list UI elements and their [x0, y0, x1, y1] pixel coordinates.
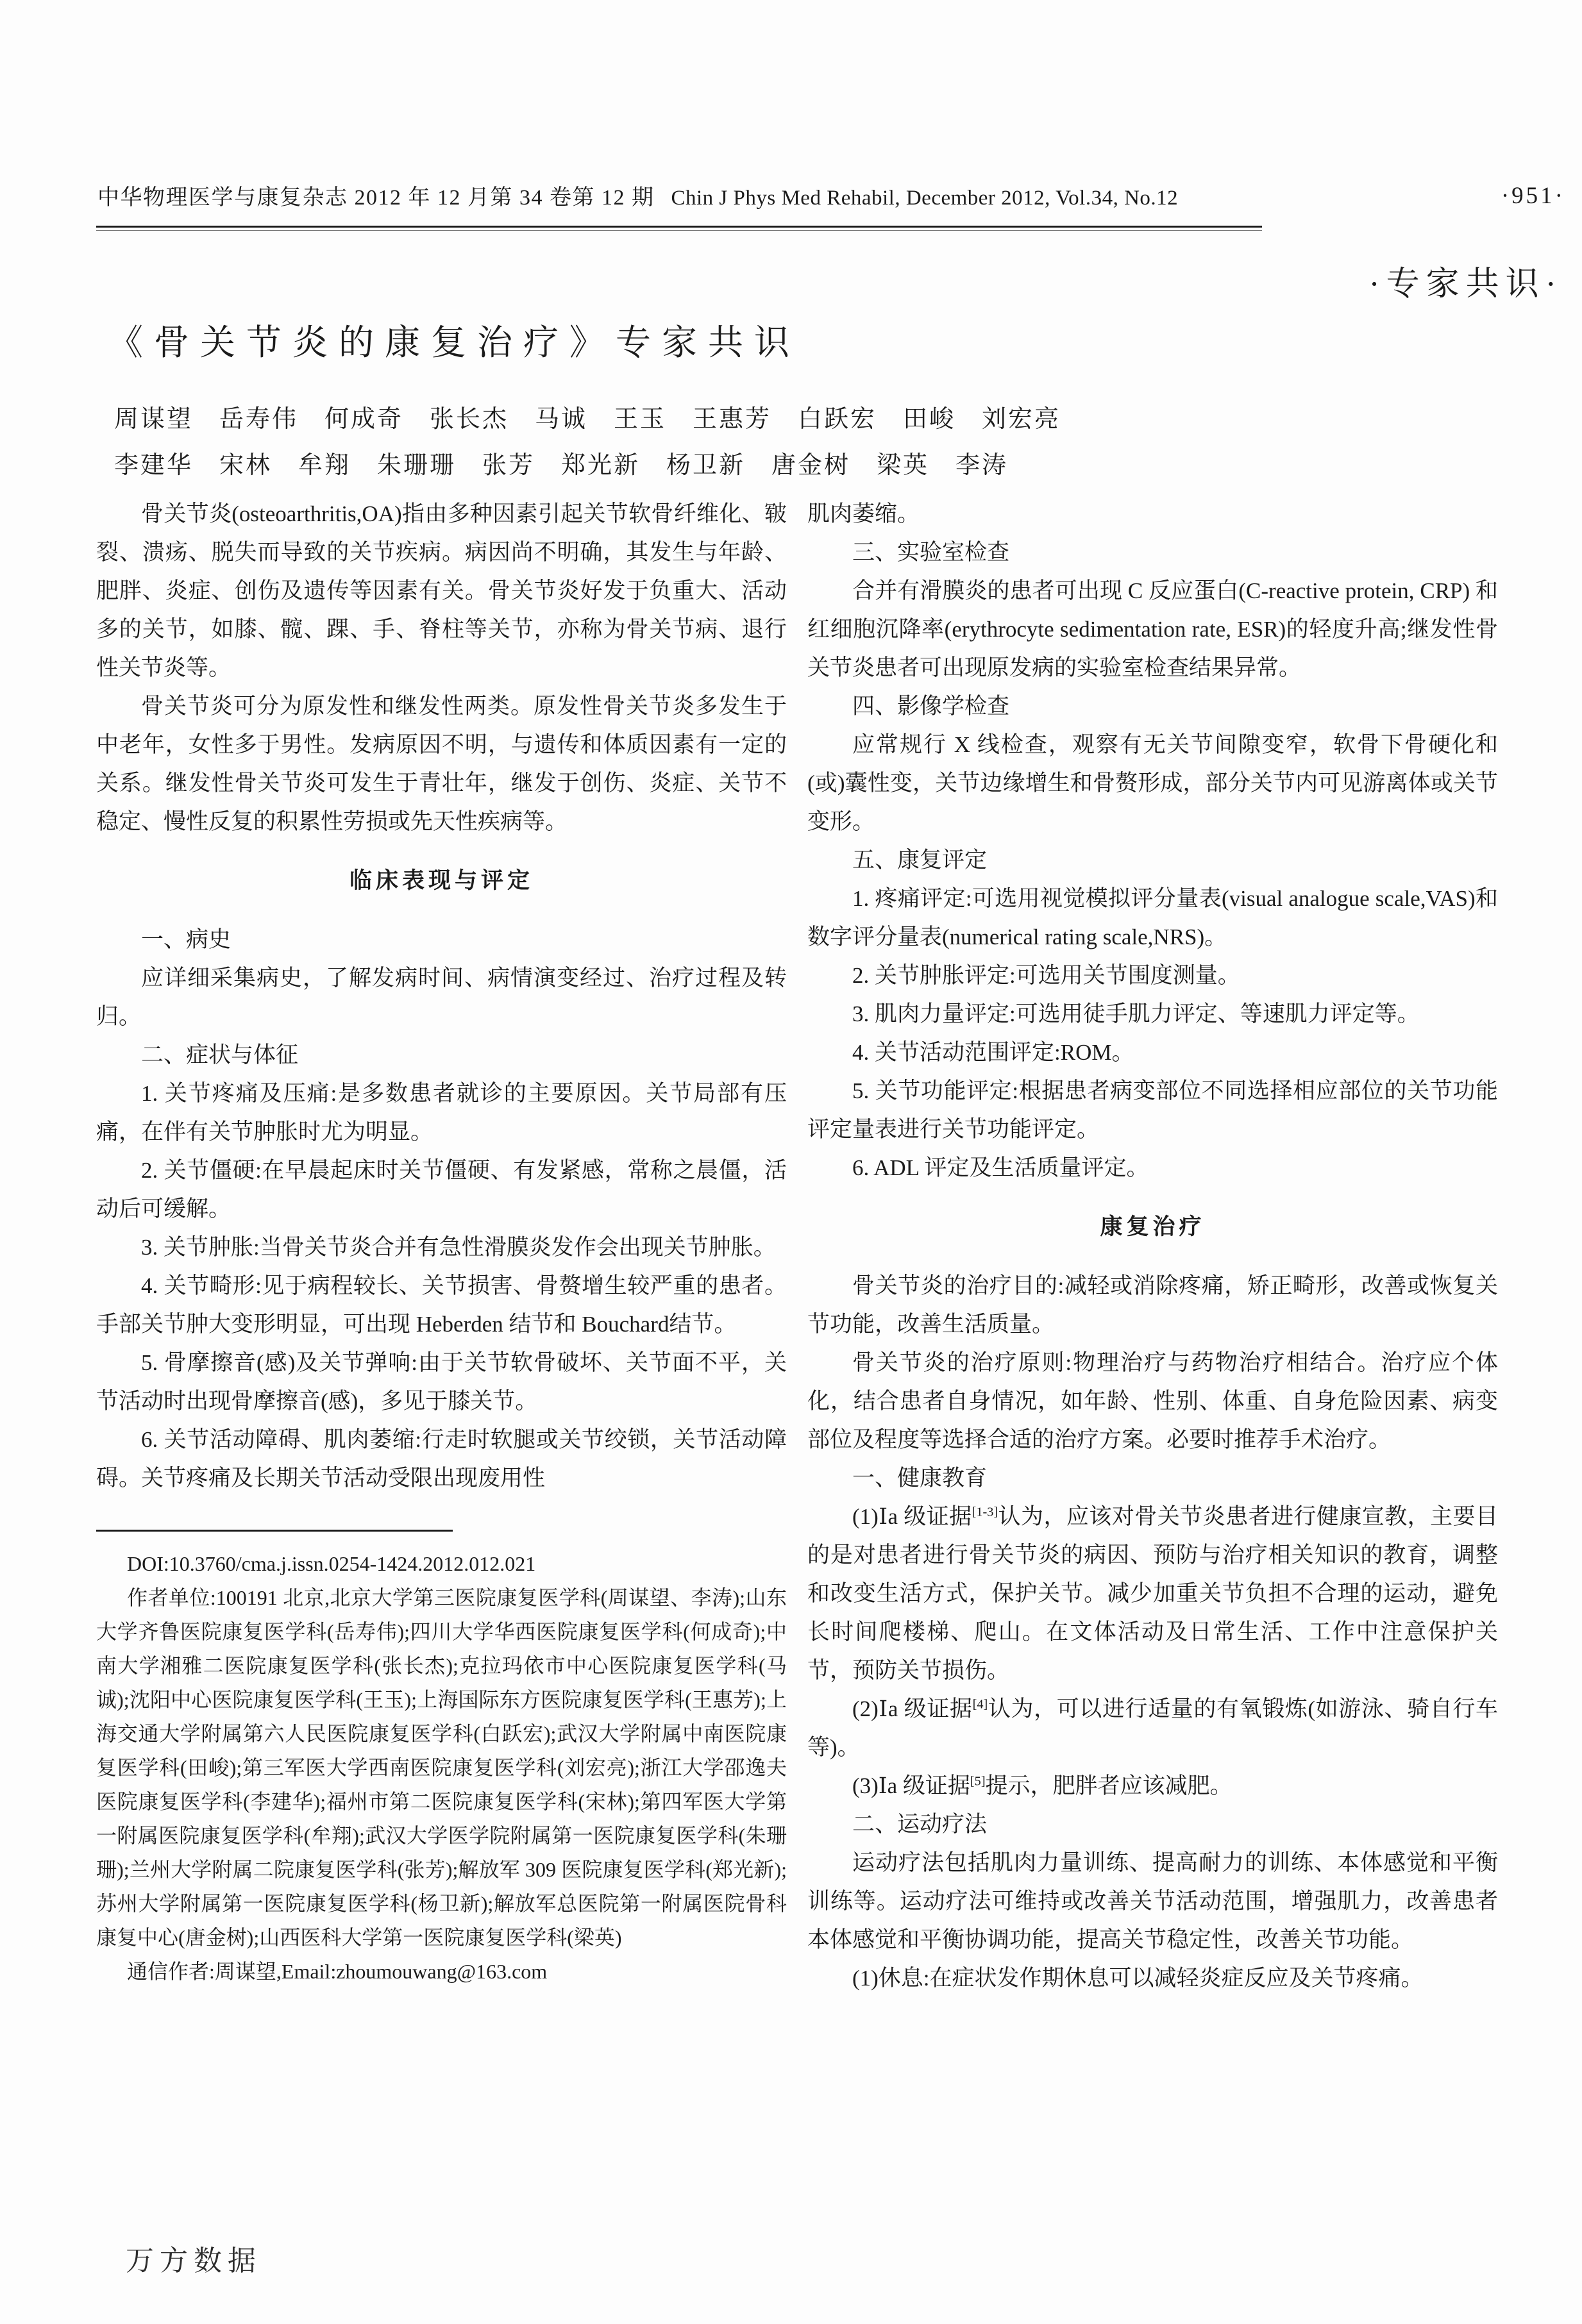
- doi-line: DOI:10.3760/cma.j.issn.0254-1424.2012.01…: [96, 1547, 787, 1581]
- paragraph-intro-2: 骨关节炎可分为原发性和继发性两类。原发性骨关节炎多发生于中老年，女性多于男性。发…: [96, 687, 787, 841]
- paragraph-history: 应详细采集病史，了解发病时间、病情演变经过、治疗过程及转归。: [96, 959, 787, 1036]
- evidence-3-rest: 提示，肥胖者应该减肥。: [986, 1773, 1233, 1798]
- footnote-block: DOI:10.3760/cma.j.issn.0254-1424.2012.01…: [96, 1530, 787, 1989]
- paragraph-rest: (1)休息:在症状发作期休息可以减轻炎症反应及关节疼痛。: [807, 1959, 1498, 1998]
- subheading-symptoms: 二、症状与体征: [96, 1036, 787, 1074]
- subheading-lab: 三、实验室检查: [807, 533, 1498, 572]
- eval-item-2: 2. 关节肿胀评定:可选用关节围度测量。: [807, 957, 1498, 995]
- evidence-item-3: (3)Ⅰa 级证据[5]提示，肥胖者应该减肥。: [807, 1767, 1498, 1805]
- footnote-rule: [96, 1530, 453, 1532]
- subheading-exercise: 二、运动疗法: [807, 1805, 1498, 1844]
- author-list: 周谋望 岳寿伟 何成奇 张长杰 马诚 王玉 王惠芳 白跃宏 田峻 刘宏亮 李建华…: [114, 396, 1061, 489]
- body-columns: 骨关节炎(osteoarthritis,OA)指由多种因素引起关节软骨纤维化、皲…: [96, 495, 1498, 1998]
- citation-2: [4]: [973, 1697, 988, 1711]
- subheading-eval: 五、康复评定: [807, 841, 1498, 880]
- section-label: ·专家共识·: [1368, 256, 1563, 305]
- correspondence-line: 通信作者:周谋望,Email:zhoumouwang@163.com: [96, 1955, 787, 1989]
- symptom-item-2: 2. 关节僵硬:在早晨起床时关节僵硬、有发紧感，常称之晨僵，活动后可缓解。: [96, 1151, 787, 1228]
- author-line-2: 李建华 宋林 牟翔 朱珊珊 张芳 郑光新 杨卫新 唐金树 梁英 李涛: [114, 442, 1061, 489]
- evidence-1-rest: 认为，应该对骨关节炎患者进行健康宣教，主要目的是对患者进行骨关节炎的病因、预防与…: [807, 1504, 1498, 1683]
- article-title: 《骨关节炎的康复治疗》专家共识: [108, 314, 800, 365]
- paragraph-lab: 合并有滑膜炎的患者可出现 C 反应蛋白(C-reactive protein, …: [807, 572, 1498, 687]
- header-rule-shadow: [96, 230, 1262, 231]
- evidence-item-2: (2)Ⅰa 级证据[4]认为，可以进行适量的有氧锻炼(如游泳、骑自行车等)。: [807, 1690, 1498, 1767]
- symptom-item-1: 1. 关节疼痛及压痛:是多数患者就诊的主要原因。关节局部有压痛，在伴有关节肿胀时…: [96, 1074, 787, 1151]
- eval-item-1: 1. 疼痛评定:可选用视觉模拟评分量表(visual analogue scal…: [807, 880, 1498, 957]
- paragraph-goal: 骨关节炎的治疗目的:减轻或消除疼痛，矫正畸形，改善或恢复关节功能，改善生活质量。: [807, 1267, 1498, 1344]
- paragraph-exercise: 运动疗法包括肌肉力量训练、提高耐力的训练、本体感觉和平衡训练等。运动疗法可维持或…: [807, 1844, 1498, 1959]
- author-line-1: 周谋望 岳寿伟 何成奇 张长杰 马诚 王玉 王惠芳 白跃宏 田峻 刘宏亮: [114, 396, 1061, 442]
- subheading-education: 一、健康教育: [807, 1459, 1498, 1498]
- author-affiliations: 作者单位:100191 北京,北京大学第三医院康复医学科(周谋望、李涛);山东大…: [96, 1581, 787, 1955]
- citation-3: [5]: [970, 1774, 986, 1788]
- paragraph-imaging: 应常规行 X 线检查，观察有无关节间隙变窄，软骨下骨硬化和(或)囊性变，关节边缘…: [807, 726, 1498, 841]
- paragraph-principle: 骨关节炎的治疗原则:物理治疗与药物治疗相结合。治疗应个体化，结合患者自身情况，如…: [807, 1344, 1498, 1459]
- eval-item-5: 5. 关节功能评定:根据患者病变部位不同选择相应部位的关节功能评定量表进行关节功…: [807, 1072, 1498, 1149]
- eval-item-4: 4. 关节活动范围评定:ROM。: [807, 1033, 1498, 1072]
- journal-name-en: Chin J Phys Med Rehabil, December 2012, …: [671, 187, 1179, 210]
- heading-clinical: 临床表现与评定: [96, 862, 787, 900]
- symptom-item-3: 3. 关节肿胀:当骨关节炎合并有急性滑膜炎发作会出现关节肿胀。: [96, 1228, 787, 1267]
- evidence-1-text: (1)Ⅰa 级证据: [852, 1504, 972, 1529]
- eval-item-6: 6. ADL 评定及生活质量评定。: [807, 1149, 1498, 1187]
- citation-1: [1-3]: [972, 1505, 998, 1519]
- right-column: 肌肉萎缩。 三、实验室检查 合并有滑膜炎的患者可出现 C 反应蛋白(C-reac…: [807, 495, 1498, 1998]
- running-header: 中华物理医学与康复杂志 2012 年 12 月第 34 卷第 12 期Chin …: [97, 180, 1265, 211]
- scanned-journal-page: 中华物理医学与康复杂志 2012 年 12 月第 34 卷第 12 期Chin …: [0, 0, 1582, 2324]
- page-number: ·951·: [1501, 182, 1565, 210]
- subheading-history: 一、病史: [96, 921, 787, 959]
- symptom-item-5: 5. 骨摩擦音(感)及关节弹响:由于关节软骨破坏、关节面不平，关节活动时出现骨摩…: [96, 1344, 787, 1421]
- evidence-3-text: (3)Ⅰa 级证据: [852, 1773, 970, 1798]
- header-rule: [96, 226, 1262, 228]
- symptom-item-6: 6. 关节活动障碍、肌肉萎缩:行走时软腿或关节绞锁，关节活动障碍。关节疼痛及长期…: [96, 1421, 787, 1498]
- evidence-2-text: (2)Ⅰa 级证据: [852, 1696, 973, 1721]
- evidence-item-1: (1)Ⅰa 级证据[1-3]认为，应该对骨关节炎患者进行健康宣教，主要目的是对患…: [807, 1498, 1498, 1690]
- paragraph-continuation: 肌肉萎缩。: [807, 495, 1498, 533]
- heading-rehab: 康复治疗: [807, 1208, 1498, 1246]
- subheading-imaging: 四、影像学检查: [807, 687, 1498, 726]
- symptom-item-4: 4. 关节畸形:见于病程较长、关节损害、骨赘增生较严重的患者。手部关节肿大变形明…: [96, 1267, 787, 1344]
- wanfang-watermark: 万方数据: [126, 2237, 262, 2278]
- paragraph-intro-1: 骨关节炎(osteoarthritis,OA)指由多种因素引起关节软骨纤维化、皲…: [96, 495, 787, 687]
- left-column: 骨关节炎(osteoarthritis,OA)指由多种因素引起关节软骨纤维化、皲…: [96, 495, 787, 1998]
- journal-name-cn: 中华物理医学与康复杂志 2012 年 12 月第 34 卷第 12 期: [97, 186, 655, 210]
- eval-item-3: 3. 肌肉力量评定:可选用徒手肌力评定、等速肌力评定等。: [807, 995, 1498, 1033]
